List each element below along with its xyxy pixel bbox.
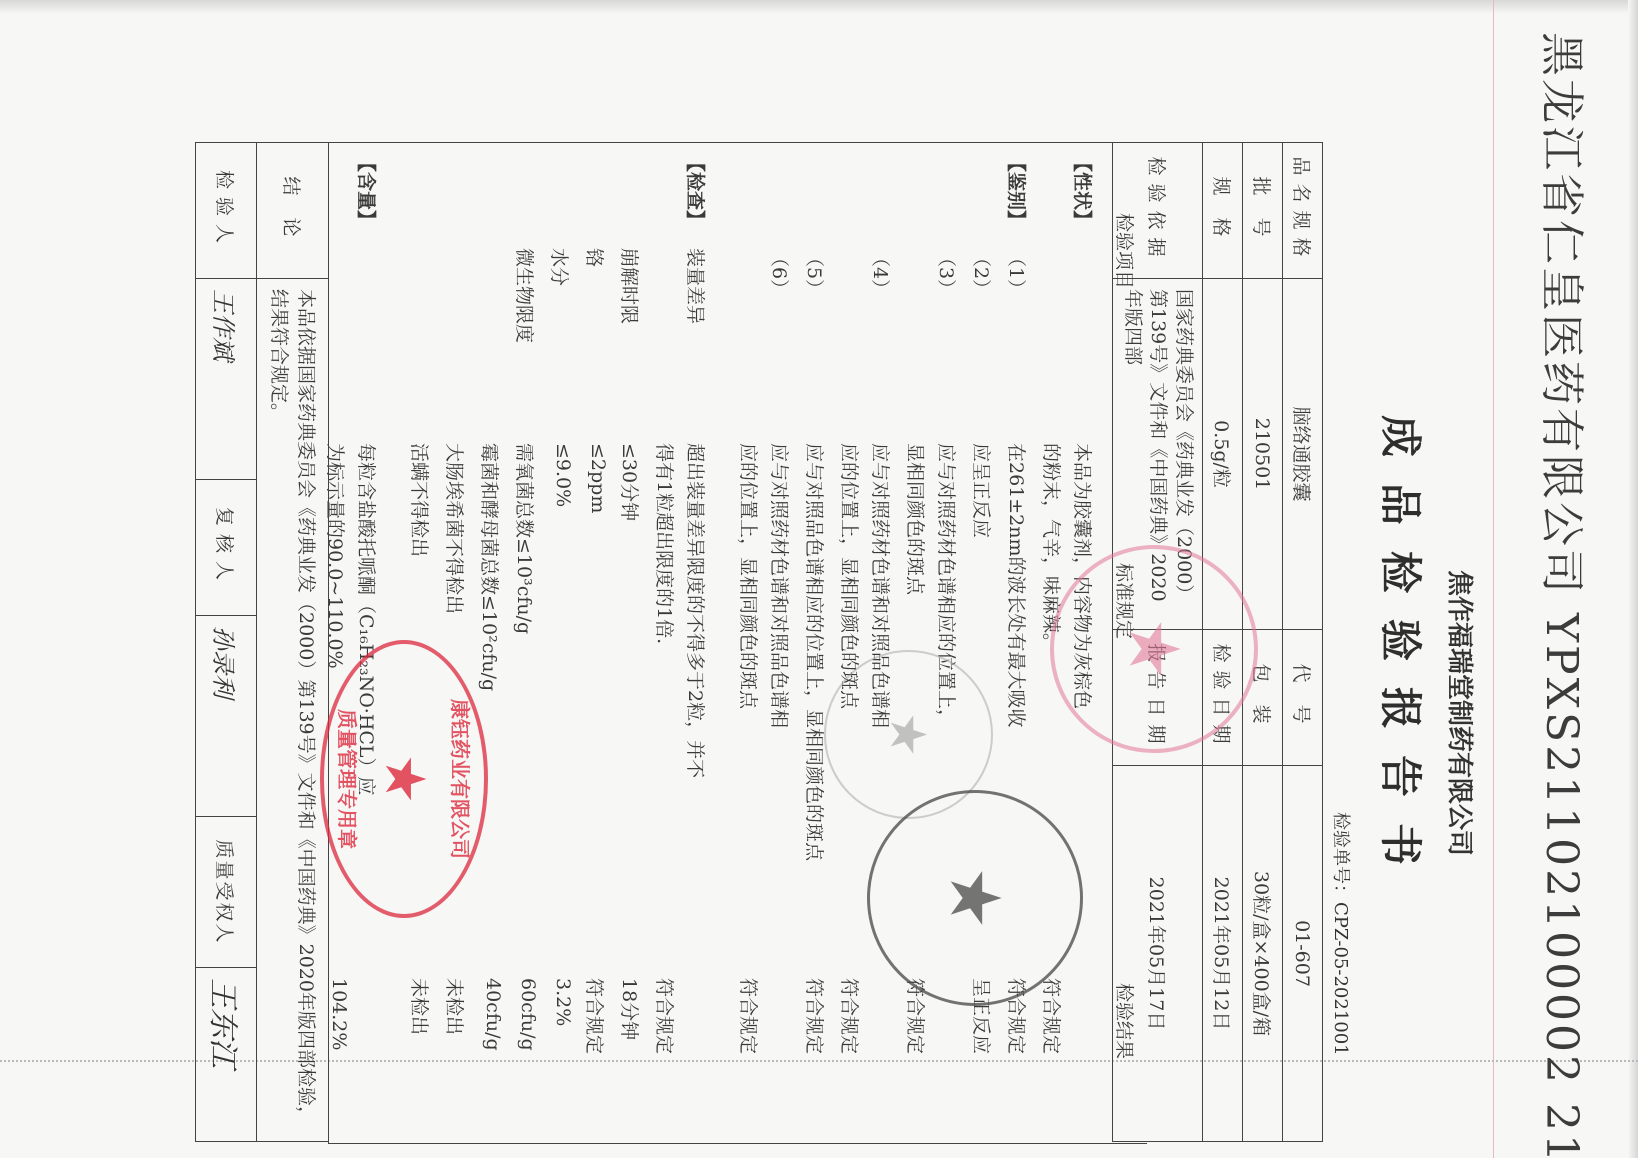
star-icon: ★: [884, 712, 934, 757]
reviewer-label: 复核人: [196, 480, 257, 616]
result-value: 18分钟: [617, 978, 644, 1040]
column-result: 检验结果: [1112, 983, 1139, 1059]
section-heading: 【检查】: [683, 153, 710, 229]
section-heading: 【含量】: [354, 153, 381, 229]
result-value: 40cfu/g: [482, 978, 504, 1051]
report-page: 黑龙江省仁皇医药有限公司 YPXS21102100002 21050 焦作福瑞堂…: [0, 0, 1638, 1158]
inspection-item: （4）: [868, 248, 895, 298]
result-value: 未检出: [407, 978, 434, 1035]
conclusion-line-2: 结果符合规定。: [266, 289, 293, 1131]
spec-label: 规 格: [1203, 143, 1243, 279]
result-value: 60cfu/g: [517, 978, 539, 1051]
result-value: 符合规定: [1039, 978, 1066, 1054]
red-stamp-top-text: 康钰药业有限公司: [447, 699, 476, 859]
inspection-item: （5）: [802, 248, 829, 298]
qa-label: 质量受权人: [196, 817, 257, 968]
standard-text: 应与对照品色谱相应的位置上，显相同颜色的斑点: [802, 443, 829, 861]
gray-round-stamp: ★: [867, 790, 1083, 1006]
inspection-item: 微生物限度: [512, 248, 539, 343]
section-heading: 【鉴别】: [1004, 153, 1031, 229]
pink-round-stamp: ★: [1050, 545, 1258, 753]
report-number: 检验单号：CPZ-05-2021001: [1329, 812, 1355, 1056]
result-value: 符合规定: [837, 978, 864, 1054]
red-stamp-bottom-text: 质量管理专用章: [334, 709, 363, 849]
result-value: 符合规定: [582, 978, 609, 1054]
document-title: 成品检验报告书: [1373, 415, 1433, 891]
result-value: 未检出: [442, 978, 469, 1035]
standard-text: 活螨不得检出: [407, 443, 434, 557]
standard-text: 需氧菌总数≤10³cfu/g: [512, 443, 539, 634]
standard-text: 显相同颜色的斑点: [903, 443, 930, 595]
code-label: 代 号: [1283, 630, 1323, 766]
inspection-item: 水分: [547, 248, 574, 286]
result-value: 符合规定: [736, 978, 763, 1054]
conclusion-label: 结 论: [257, 143, 329, 279]
result-value: 3.2%: [552, 978, 574, 1026]
conclusion-text: 本品依据国家药典委员会《药典业发（2000）第139号》文件和《中国药典》202…: [257, 279, 329, 1142]
result-value: 符合规定: [652, 978, 679, 1054]
inspector-signature: 王作斌: [210, 289, 238, 361]
star-icon: ★: [1119, 618, 1189, 681]
code-value: 01-607: [1283, 766, 1323, 1142]
footer-table: 结 论 本品依据国家药典委员会《药典业发（2000）第139号》文件和《中国药典…: [195, 142, 329, 1142]
inspection-item: （1）: [1004, 248, 1031, 298]
inspection-item: 装量差异: [683, 248, 710, 324]
section-heading: 【性状】: [1070, 153, 1097, 229]
product-label: 品名规格: [1283, 143, 1323, 279]
reviewer-signature: 孙录利: [210, 626, 238, 698]
manufacturer-name: 焦作福瑞堂制药有限公司: [1443, 570, 1480, 856]
package-value: 30粒/盒×400盒/箱: [1243, 766, 1283, 1142]
result-value: 104.2%: [328, 978, 350, 1050]
star-icon: ★: [376, 754, 432, 804]
company-header: 黑龙江省仁皇医药有限公司 YPXS21102100002 21050: [1534, 32, 1598, 1132]
standard-text: 应与对照药材色谱和对照品色谱相: [767, 443, 794, 728]
star-icon: ★: [940, 867, 1010, 930]
red-oval-stamp: 康钰药业有限公司 ★ 质量管理专用章: [320, 640, 488, 918]
batch-label: 批 号: [1243, 143, 1283, 279]
standard-text: 大肠埃希菌不得检出: [442, 443, 469, 614]
standard-text: ≤9.0%: [552, 443, 574, 507]
inspection-item: （2）: [969, 248, 996, 298]
qa-signature: 王东江: [205, 978, 240, 1068]
report-number-label: 检验单号：: [1330, 812, 1351, 902]
inspection-item: 铬: [582, 248, 609, 267]
standard-text: 霉菌和酵母菌总数≤10²cfu/g: [477, 443, 504, 691]
conclusion-line-1: 本品依据国家药典委员会《药典业发（2000）第139号》文件和《中国药典》202…: [293, 289, 320, 1131]
standard-text: 应的位置上，显相同颜色的斑点: [736, 443, 763, 709]
standard-text: 在261±2nm的波长处有最大吸收: [1004, 443, 1031, 728]
standard-text: 超出装量差异限度的不得多于2粒，并不: [683, 443, 710, 778]
inspection-item: （6）: [767, 248, 794, 298]
standard-text: ≤2ppm: [587, 443, 609, 513]
column-item: 检验项目: [1112, 213, 1139, 289]
result-value: 符合规定: [802, 978, 829, 1054]
inspection-item: （3）: [934, 248, 961, 298]
standard-text: ≤30分钟: [617, 443, 644, 521]
report-number-value: CPZ-05-2021001: [1330, 902, 1351, 1056]
standard-text: 得有1粒超出限度的1倍.: [652, 443, 679, 644]
standard-text: 应呈正反应: [969, 443, 996, 538]
inspector-label: 检验人: [196, 143, 257, 279]
batch-value: 210501: [1243, 279, 1283, 630]
inspection-item: 崩解时限: [617, 248, 644, 324]
product-value: 脑络通胶囊: [1283, 279, 1323, 630]
inspect-date-value: 2021年05月12日: [1203, 766, 1243, 1142]
